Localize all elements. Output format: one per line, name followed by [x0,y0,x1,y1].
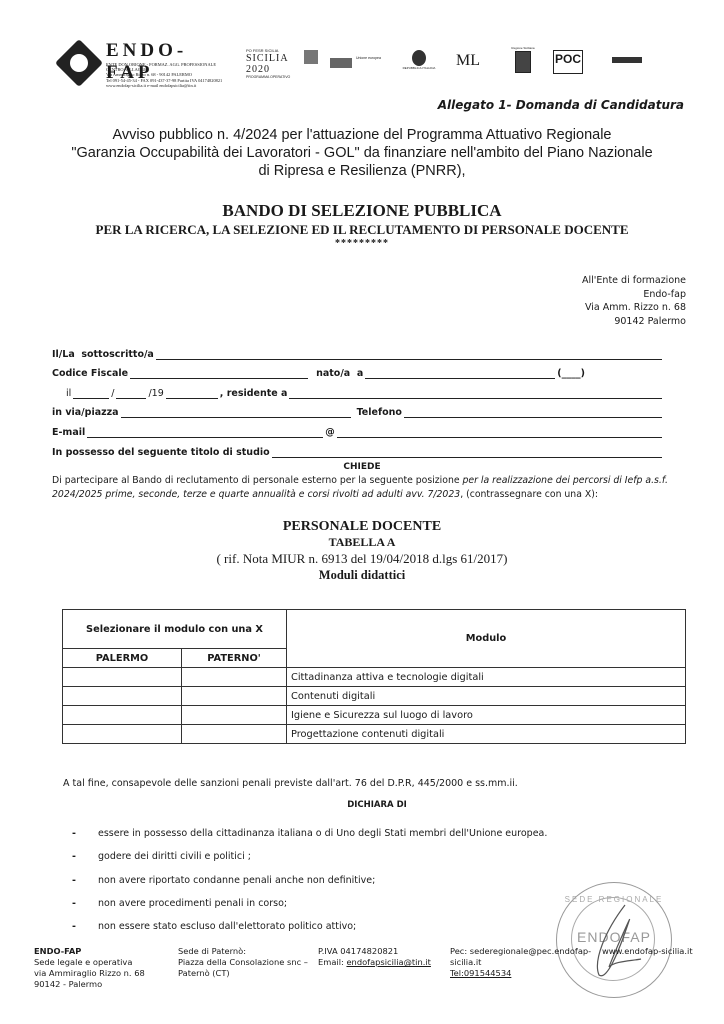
repubblica-italiana-logo: REPUBBLICA ITALIANA [402,50,436,70]
allegato-label: Allegato 1- Domanda di Candidatura [438,98,684,112]
personale-docente-heading: PERSONALE DOCENTE TABELLA A ( rif. Nota … [0,518,724,583]
bando-stars: ********* [40,238,684,250]
address-field[interactable] [121,406,351,418]
phone-field[interactable] [404,406,662,418]
bando-title: BANDO DI SELEZIONE PUBBLICA [40,200,684,222]
regione-siciliana-logo: Regione Siciliana [508,46,538,74]
module-name: Contenuti digitali [287,687,686,706]
palermo-checkbox-cell[interactable] [63,706,182,725]
endo-fap-logo: ENDO-FAP ENTE DON ORIONE - FORMAZ. AGG. … [62,38,232,94]
modulo-header: Modulo [287,610,686,668]
table-row: Progettazione contenuti digitali [63,725,686,744]
birthplace-field[interactable] [365,367,555,379]
modules-table: Selezionare il modulo con una X Modulo P… [62,609,686,744]
sottoscritto-label: Il/La sottoscritto/a [52,349,154,360]
titolo-studio-label: In possesso del seguente titolo di studi… [52,447,270,458]
provincia-field[interactable]: (____) [557,368,585,379]
birth-day-field[interactable] [73,387,109,399]
table-row: Cittadinanza attiva e tecnologie digital… [63,668,686,687]
select-header: Selezionare il modulo con una X [63,610,287,649]
il-label: il [66,388,71,399]
phone-link[interactable]: Tel:091544534 [450,968,591,979]
paterno-header: PATERNO' [182,649,287,668]
a-tal-fine-text: A tal fine, consapevole delle sanzioni p… [63,778,518,789]
residence-field[interactable] [289,387,662,399]
nato-a-label: nato/a a [316,368,363,379]
list-item: -non avere riportato condanne penali anc… [72,869,547,892]
paterno-checkbox-cell[interactable] [182,725,287,744]
footer-col-legal: ENDO-FAP Sede legale e operativa via Amm… [34,946,145,990]
dichiara-heading: DICHIARA DI [0,800,724,810]
year-prefix: /19 [148,388,163,399]
date-separator: / [111,388,114,399]
list-item: -non essere stato escluso dall'elettorat… [72,915,547,938]
footer-col-piva: P.IVA 04174820821 Email: endofapsicilia@… [318,946,431,968]
org-subtitle: ENTE DON ORIONE - FORMAZ. AGG. PROFESSIO… [106,62,236,88]
module-name: Cittadinanza attiva e tecnologie digital… [287,668,686,687]
email-user-field[interactable] [87,426,323,438]
list-item: -non avere procedimenti penali in corso; [72,892,547,915]
chiede-paragraph: Di partecipare al Bando di reclutamento … [52,474,672,502]
module-name: Progettazione contenuti digitali [287,725,686,744]
email-domain-field[interactable] [337,426,662,438]
telefono-label: Telefono [357,407,402,418]
birth-month-field[interactable] [116,387,146,399]
at-symbol: @ [325,427,335,438]
applicant-form: Il/La sottoscritto/a Codice Fiscale nato… [52,340,664,458]
official-stamp: SEDE REGIONALE ENDOFAP [556,882,672,998]
bando-heading: BANDO DI SELEZIONE PUBBLICA PER LA RICER… [40,200,684,250]
footer-col-paterno: Sede di Paternò: Piazza della Consolazio… [178,946,308,979]
table-row: Contenuti digitali [63,687,686,706]
declarations-list: -essere in possesso della cittadinanza i… [72,822,547,938]
name-field[interactable] [156,348,662,360]
ministero-lavoro-logo: ML [456,52,480,70]
poc-logo: POC [553,50,583,74]
addressee-block: All'Ente di formazione Endo-fap Via Amm.… [582,274,686,328]
sicilia-2020-logo: PO FESR SICILIA SICILIA 2020 PROGRAMMA O… [246,48,302,79]
endo-fap-emblem-icon [55,39,103,87]
avviso-text: Avviso pubblico n. 4/2024 per l'attuazio… [60,126,664,180]
chiede-heading: CHIEDE [0,462,724,472]
list-item: -essere in possesso della cittadinanza i… [72,822,547,845]
module-name: Igiene e Sicurezza sul luogo di lavoro [287,706,686,725]
fse-logo [612,57,642,63]
footer-col-contacts: Pec: sederegionale@pec.endofap- sicilia.… [450,946,591,979]
birth-year-field[interactable] [166,387,218,399]
website-link[interactable]: www.endofap-sicilia.it [602,946,693,957]
palermo-checkbox-cell[interactable] [63,668,182,687]
palermo-checkbox-cell[interactable] [63,687,182,706]
paterno-checkbox-cell[interactable] [182,687,287,706]
codice-fiscale-label: Codice Fiscale [52,368,128,379]
sicilia-emblem-icon [304,50,318,64]
bando-subtitle: PER LA RICERCA, LA SELEZIONE ED IL RECLU… [40,222,684,238]
paterno-checkbox-cell[interactable] [182,668,287,687]
via-label: in via/piazza [52,407,119,418]
titolo-studio-field[interactable] [272,446,662,458]
table-row: Igiene e Sicurezza sul luogo di lavoro [63,706,686,725]
signature-icon [585,901,645,981]
residente-label: , residente a [220,388,288,399]
palermo-header: PALERMO [63,649,182,668]
email-link[interactable]: endofapsicilia@tin.it [346,957,430,967]
palermo-checkbox-cell[interactable] [63,725,182,744]
list-item: -godere dei diritti civili e politici ; [72,845,547,868]
codice-fiscale-field[interactable] [130,367,308,379]
email-label: E-mail [52,427,85,438]
paterno-checkbox-cell[interactable] [182,706,287,725]
